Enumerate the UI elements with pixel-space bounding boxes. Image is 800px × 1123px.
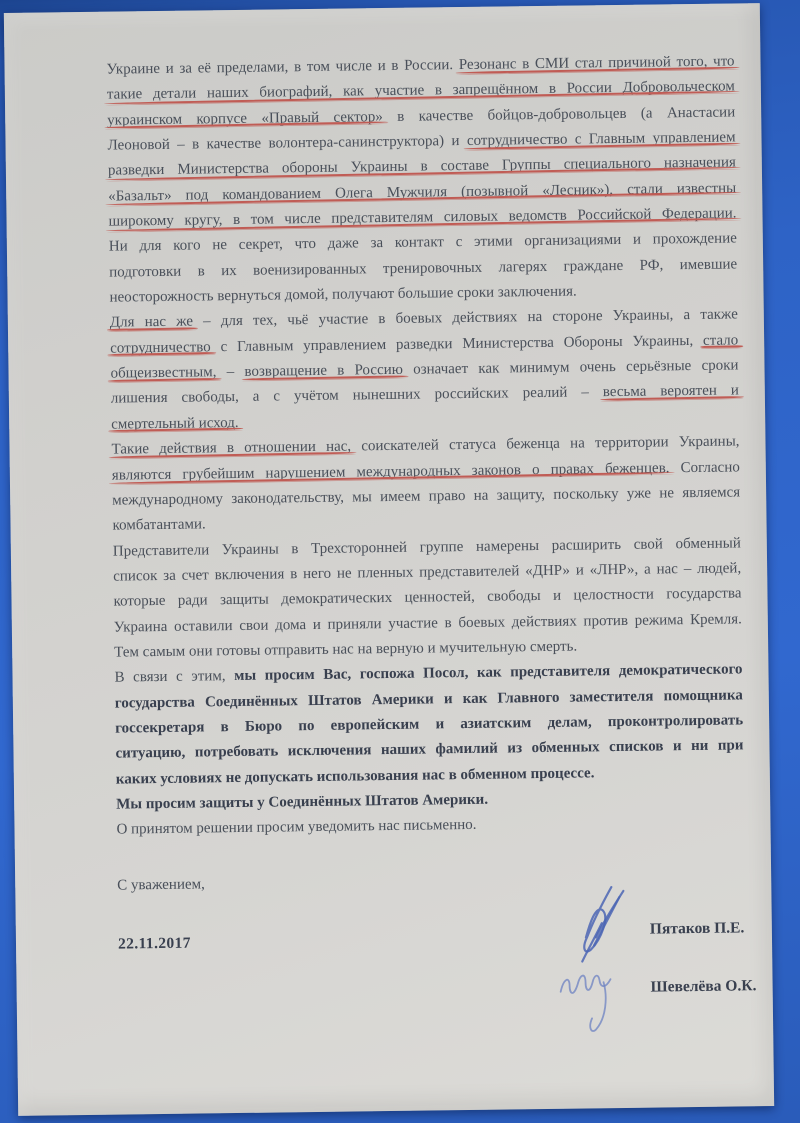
red-underlined-text: являются грубейшим нарушением международ… (112, 460, 670, 483)
photo-background: Украине и за её пределами, в том числе и… (0, 0, 800, 1123)
doc-text: Украина оставили свои дома и приняли уча… (114, 611, 742, 635)
doc-text: означает как минимум очень серьёзные сро… (403, 358, 739, 378)
red-underlined-text: сотрудничество (110, 339, 211, 356)
red-underlined-text: украинском корпусе «Правый сектор» (107, 109, 383, 129)
red-underlined-text: стало (703, 332, 738, 348)
doc-text: в качестве бойцов-добровольцев (а Анаста… (383, 104, 736, 125)
red-underlined-text: весьма вероятен и (603, 383, 739, 401)
doc-text: В связи с этим, (114, 668, 234, 686)
closing-salutation: С уважением, (117, 876, 205, 894)
doc-text: Леоновой – в качестве волонтера-санинстр… (107, 133, 467, 154)
doc-text: каких условиях не допускать использовани… (116, 765, 595, 787)
doc-text: международному законодательству, мы имее… (112, 484, 740, 508)
red-underlined-text: возвращение в Россию (244, 362, 403, 380)
doc-text: комбатантами. (112, 517, 205, 534)
letter-body: Украине и за её пределами, в том числе и… (106, 49, 744, 843)
red-underlined-text: сотрудничество с Главным управлением (467, 129, 736, 149)
doc-text: которые ради защиты демократических ценн… (113, 586, 741, 610)
letter-date: 22.11.2017 (118, 935, 191, 954)
red-underlined-text: Такие действия в отношении нас, (111, 439, 351, 458)
red-underlined-text: Для нас же (110, 314, 193, 331)
doc-text: подготовки в их военизированных трениров… (109, 256, 737, 280)
red-underlined-text: смертельный исход. (111, 415, 239, 433)
red-underlined-text: общеизвестным, (110, 364, 216, 381)
letter-page: Украине и за её пределами, в том числе и… (4, 3, 774, 1116)
doc-text: лишения свободы, а с учётом нынешних рос… (111, 385, 603, 407)
doc-text: список за счет включения в него не пленн… (113, 560, 741, 584)
doc-text: Тем самым они готовы отправить нас на ве… (114, 638, 577, 660)
doc-text: с Главным управлением разведки Министерс… (211, 333, 703, 355)
handwritten-signature (543, 875, 641, 1042)
signatory-name-1: Пятаков П.Е. (650, 919, 745, 938)
doc-text: ситуацию, потребовать исключения наших ф… (115, 738, 743, 762)
doc-text: – для тех, чьё участие в боевых действия… (193, 307, 738, 330)
red-underlined-text: разведки Министерства обороны Украины в … (108, 155, 736, 179)
doc-text: О принятом решении просим уведомить нас … (116, 817, 476, 838)
doc-text: Ни для кого не секрет, что даже за конта… (109, 231, 737, 255)
doc-text: Мы просим защиты у Соединённых Штатов Ам… (116, 792, 488, 813)
red-underlined-text: такие детали наших биографий, как участи… (107, 79, 735, 103)
doc-text: Украине и за её пределами, в том числе и… (106, 57, 458, 78)
doc-text: государства Соединённых Штатов Америки и… (115, 687, 743, 711)
doc-text: госсекретаря в Бюро по европейским и ази… (115, 712, 743, 736)
doc-text: мы просим Вас, госпожа Посол, как предст… (234, 662, 742, 685)
doc-text: Согласно (669, 459, 740, 476)
doc-text: неосторожность вернуться домой, получают… (109, 284, 576, 306)
doc-text: Представители Украины в Трехсторонней гр… (113, 535, 741, 559)
signatory-name-2: Шевелёва О.К. (651, 977, 757, 996)
red-underlined-text: Резонанс в СМИ стал причиной того, что (459, 53, 735, 73)
doc-text: соискателей статуса беженца на территори… (351, 434, 740, 455)
signature-stroke (590, 982, 606, 1031)
red-underlined-text: широкому кругу, в том числе представител… (108, 205, 736, 229)
doc-text: – (216, 364, 244, 380)
signature-stroke (593, 897, 620, 945)
red-underlined-text: «Базальт» под командованием Олега Мужчил… (108, 180, 736, 204)
